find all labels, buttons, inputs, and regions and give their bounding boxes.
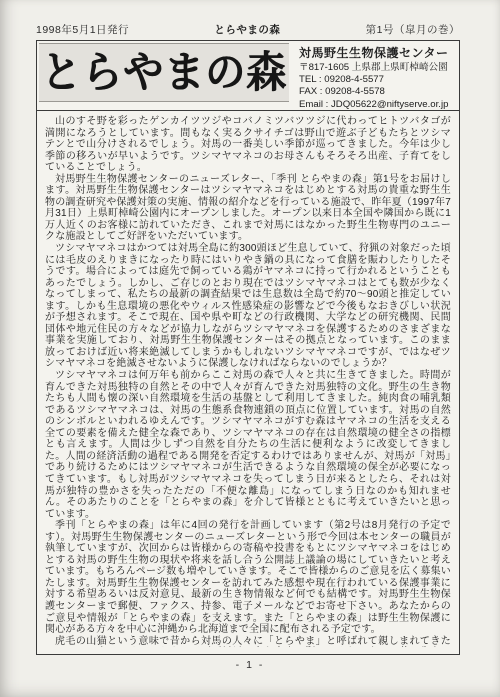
email-address: Email : JDQ05622@niftyserve.or.jp — [299, 99, 455, 111]
telephone-number: TEL : 09208-4-5577 — [299, 74, 455, 86]
body-paragraph: 対馬野生生物保護センターのニューズレター、「季刊 とらやまの森」第1号をお届けし… — [45, 174, 451, 243]
newsletter-logo-banner: とらやまの森 — [39, 43, 289, 102]
organization-name: 対馬野生生物保護センター — [299, 46, 455, 60]
running-header: 1998年5月1日発行 とらやまの森 第1号（皐月の巻） — [36, 22, 460, 37]
page-number: - 1 - — [0, 659, 500, 671]
article-body: 山のすそ野を彩ったゲンカイツツジやコバノミツバツツジに代わってヒトツバタゴが満開… — [37, 111, 459, 647]
body-paragraph: 虎毛の山猫という意味で昔から対馬の人々に「とらやま」と呼ばれて親しまれてきたツシ… — [45, 636, 451, 647]
body-paragraph: ツシマヤマネコはかつては対馬全島に約300頭ほど生息していて、狩猟の対象だった頃… — [45, 243, 451, 370]
document-frame: とらやまの森 対馬野生生物保護センター 〒817-1605 上県郡上県町棹崎公園… — [36, 40, 460, 655]
scanned-newsletter-page: 1998年5月1日発行 とらやまの森 第1号（皐月の巻） とらやまの森 対馬野生… — [0, 0, 500, 697]
scan-artifact-speck — [354, 54, 357, 57]
body-paragraph: ツシマヤマネコは何万年も前からここ対馬の森で人々と共に生きてきました。時間が育ん… — [45, 370, 451, 520]
contact-block: 対馬野生生物保護センター 〒817-1605 上県郡上県町棹崎公園 TEL : … — [289, 41, 459, 110]
publication-date: 1998年5月1日発行 — [36, 22, 129, 37]
masthead: とらやまの森 対馬野生生物保護センター 〒817-1605 上県郡上県町棹崎公園… — [37, 41, 459, 111]
running-header-title: とらやまの森 — [214, 22, 280, 37]
fax-number: FAX : 09208-4-5578 — [299, 86, 455, 98]
body-paragraph: 山のすそ野を彩ったゲンカイツツジやコバノミツバツツジに代わってヒトツバタゴが満開… — [45, 116, 451, 174]
body-paragraph: 季刊「とらやまの森」は年に4回の発行を計画しています（第2号は8月発行の予定です… — [45, 520, 451, 635]
issue-number: 第1号（皐月の巻） — [366, 22, 460, 37]
postal-address: 〒817-1605 上県郡上県町棹崎公園 — [299, 62, 455, 74]
newsletter-logo: とらやまの森 — [41, 51, 287, 94]
